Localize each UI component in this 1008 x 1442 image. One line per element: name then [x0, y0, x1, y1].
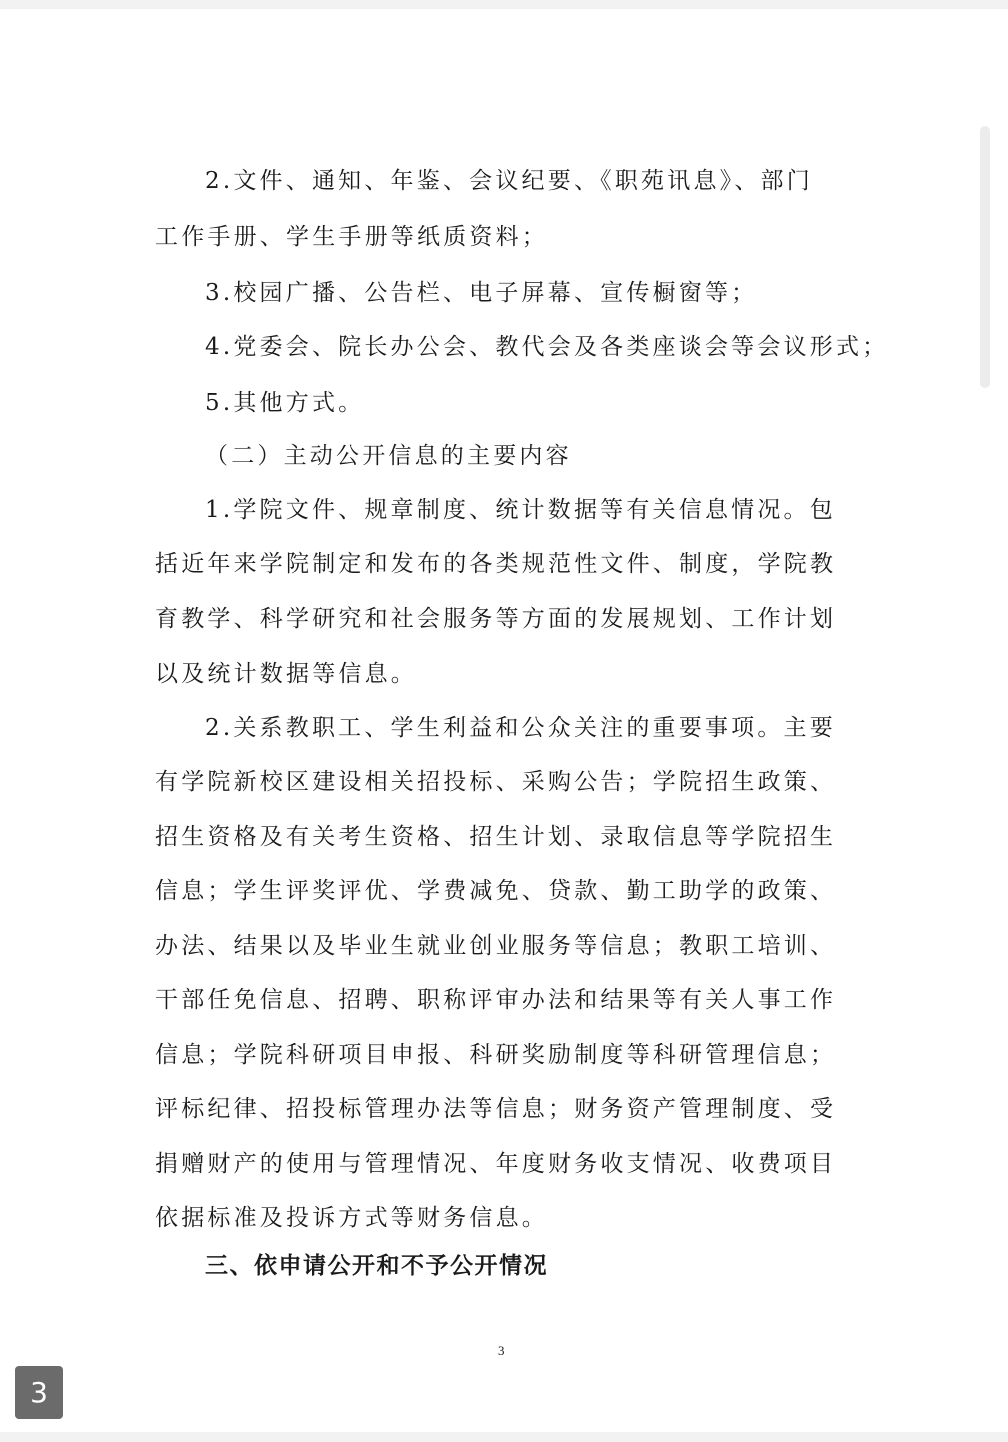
page-number: 3 [498, 1343, 505, 1359]
text-line: 工作手册、学生手册等纸质资料； [155, 222, 870, 252]
vertical-scrollbar[interactable] [980, 126, 990, 388]
text-line: 1.学院文件、规章制度、统计数据等有关信息情况。包 [205, 495, 920, 525]
text-line: 办法、结果以及毕业生就业创业服务等信息；教职工培训、 [155, 931, 870, 961]
viewer-bottom-bar [0, 1432, 1008, 1442]
text-line: 信息；学生评奖评优、学费减免、贷款、勤工助学的政策、 [155, 876, 870, 906]
text-line: 捐赠财产的使用与管理情况、年度财务收支情况、收费项目 [155, 1149, 870, 1179]
text-line: 评标纪律、招投标管理办法等信息；财务资产管理制度、受 [155, 1094, 870, 1124]
text-line: 以及统计数据等信息。 [155, 659, 870, 689]
text-line: 3.校园广播、公告栏、电子屏幕、宣传橱窗等； [205, 278, 920, 308]
text-line: 2.文件、通知、年鉴、会议纪要、《职苑讯息》、部门 [205, 166, 920, 196]
text-line: 2.关系教职工、学生利益和公众关注的重要事项。主要 [205, 713, 920, 743]
page-indicator-badge: 3 [15, 1366, 63, 1419]
text-line: 招生资格及有关考生资格、招生计划、录取信息等学院招生 [155, 822, 870, 852]
text-line: 括近年来学院制定和发布的各类规范性文件、制度，学院教 [155, 549, 870, 579]
text-line: 育教学、科学研究和社会服务等方面的发展规划、工作计划 [155, 604, 870, 634]
viewer-top-bar [0, 0, 1008, 9]
document-page: 2.文件、通知、年鉴、会议纪要、《职苑讯息》、部门工作手册、学生手册等纸质资料；… [0, 9, 1008, 1432]
text-line: 信息；学院科研项目申报、科研奖励制度等科研管理信息； [155, 1040, 870, 1070]
text-line: 有学院新校区建设相关招投标、采购公告；学院招生政策、 [155, 767, 870, 797]
text-line: 依据标准及投诉方式等财务信息。 [155, 1203, 870, 1233]
text-line: 干部任免信息、招聘、职称评审办法和结果等有关人事工作 [155, 985, 870, 1015]
text-line: 4.党委会、院长办公会、教代会及各类座谈会等会议形式； [205, 332, 920, 362]
section-heading: 三、依申请公开和不予公开情况 [205, 1251, 920, 1281]
text-line: 5.其他方式。 [205, 388, 920, 418]
text-line: （二）主动公开信息的主要内容 [205, 441, 920, 471]
